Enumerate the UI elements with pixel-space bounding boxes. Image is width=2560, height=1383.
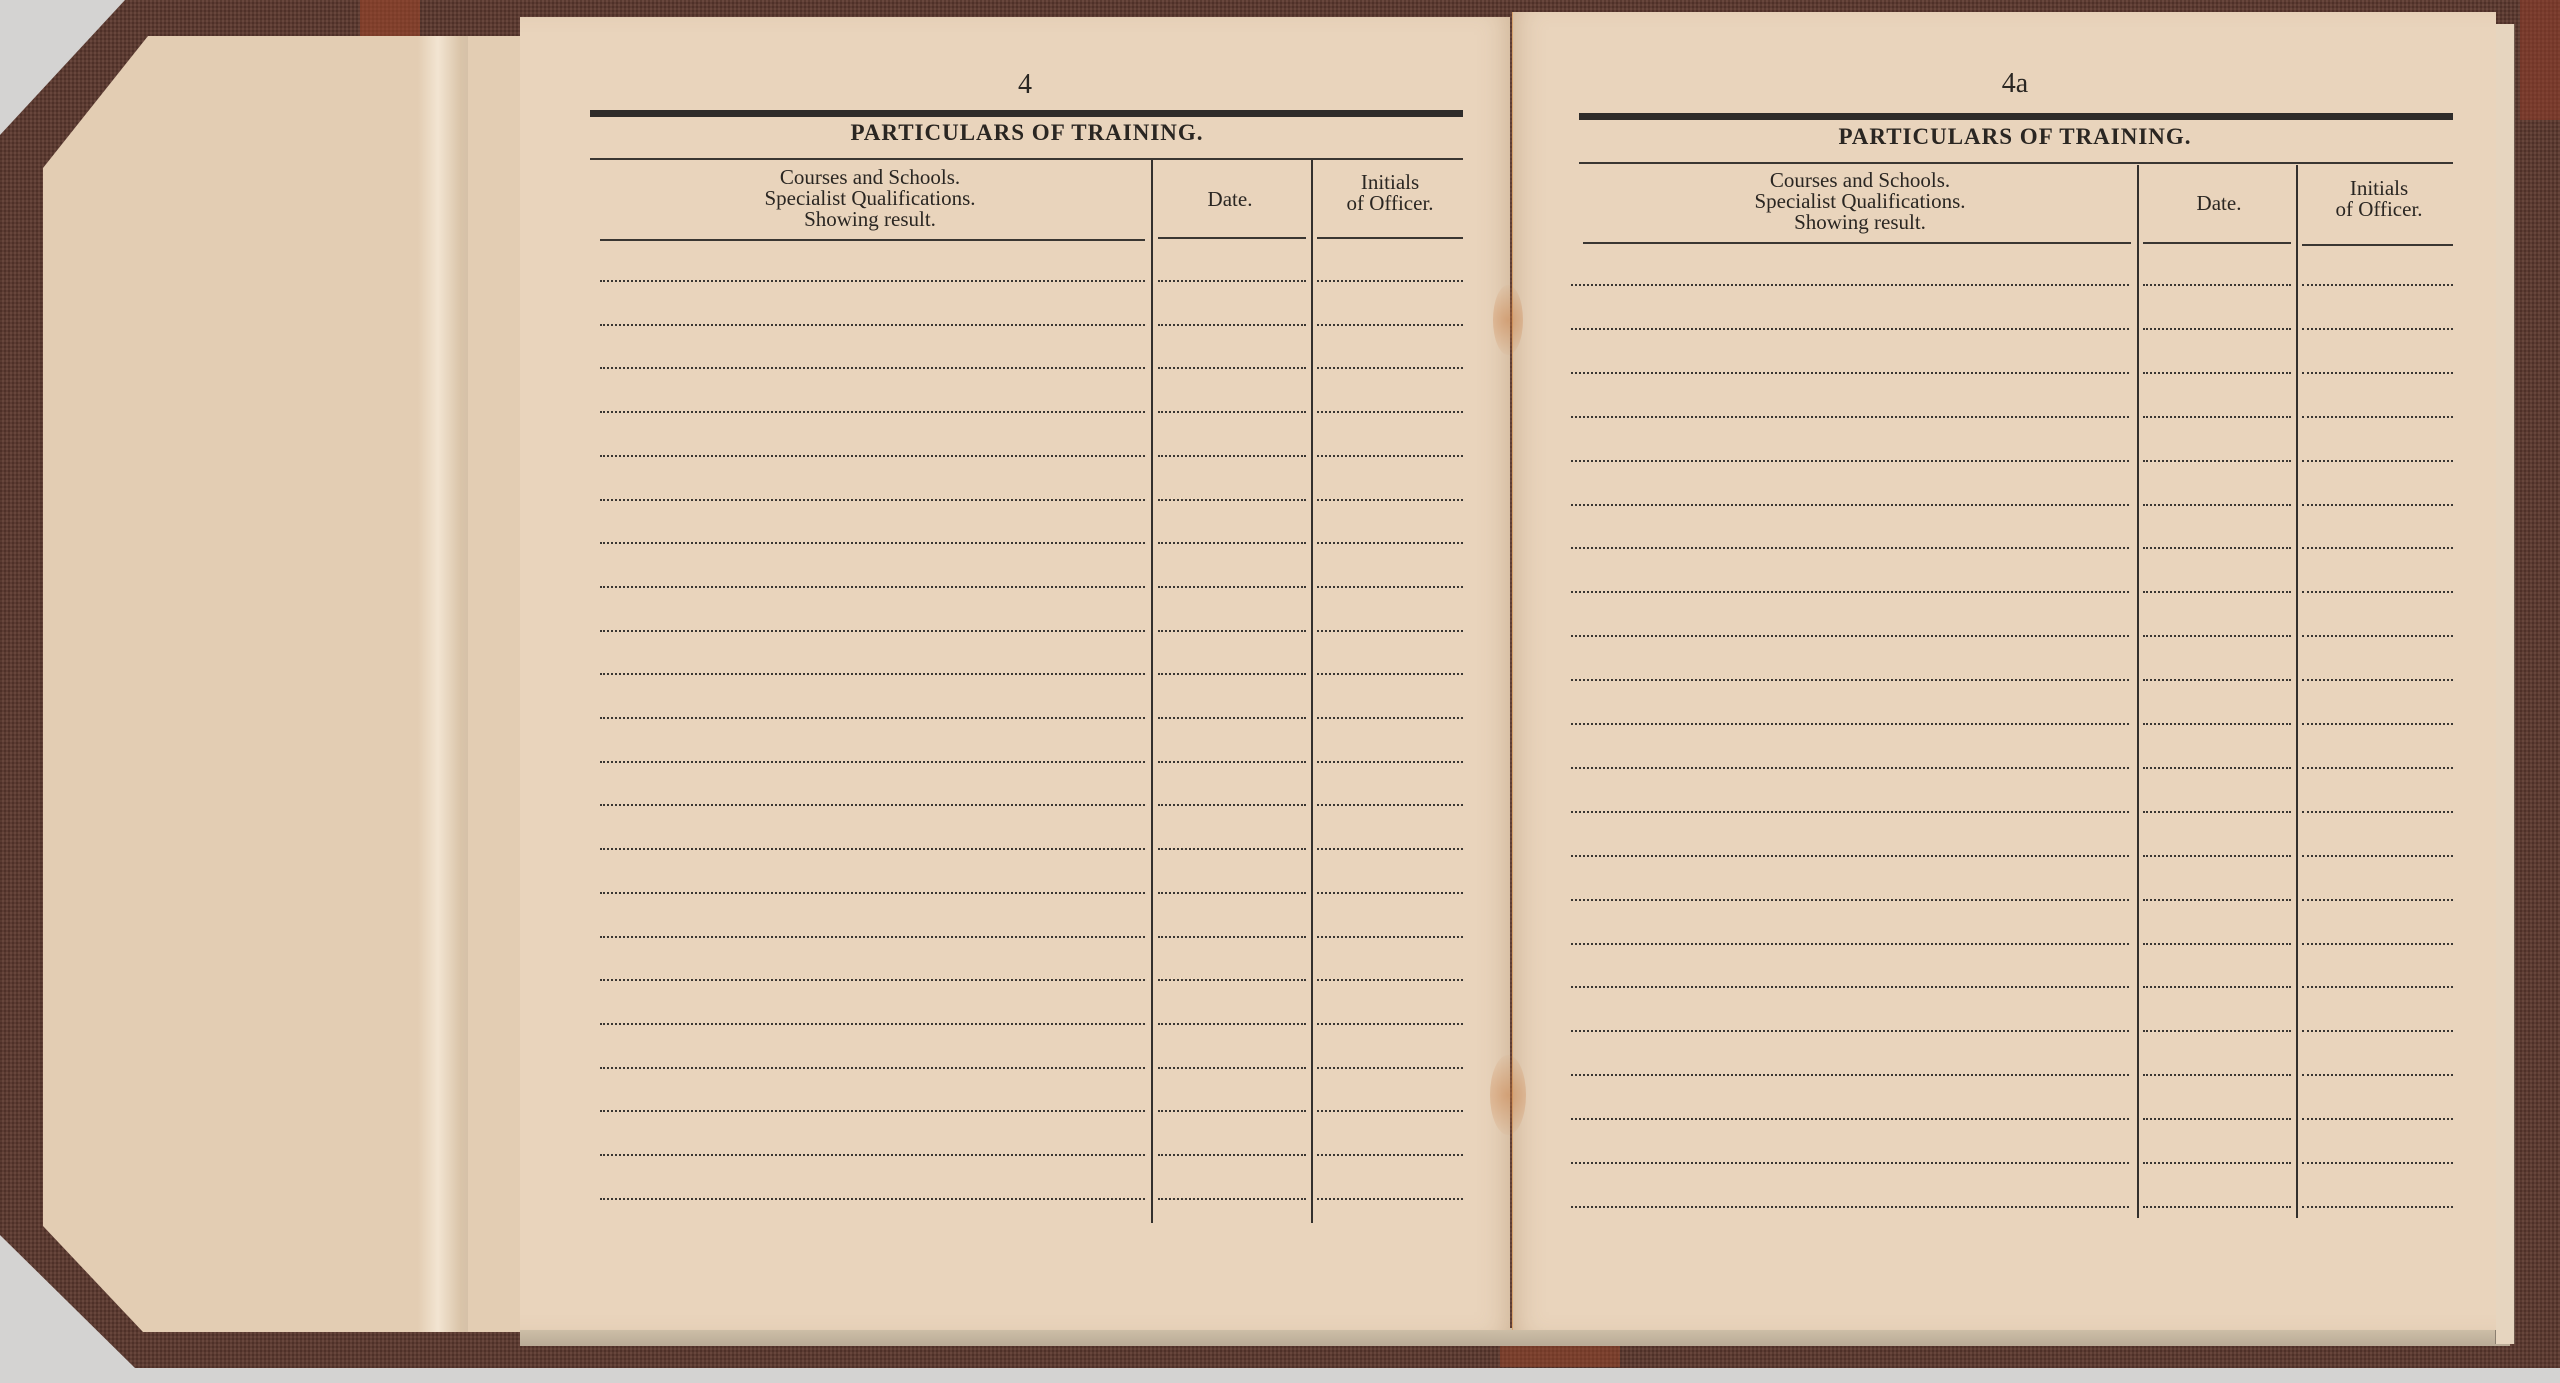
entry-row-line[interactable]: [600, 936, 1145, 938]
entry-row-line[interactable]: [1571, 1030, 2129, 1032]
entry-row-line[interactable]: [600, 1067, 1145, 1069]
entry-row-line[interactable]: [1158, 630, 1306, 632]
entry-row-line[interactable]: [2143, 855, 2291, 857]
entry-row-line[interactable]: [1158, 673, 1306, 675]
entry-row-line[interactable]: [1158, 1067, 1306, 1069]
header-underline: [2302, 244, 2453, 246]
entry-row-line[interactable]: [2302, 460, 2453, 462]
entry-row-line[interactable]: [1317, 280, 1463, 282]
entry-row-line[interactable]: [600, 630, 1145, 632]
entry-row-line[interactable]: [2302, 767, 2453, 769]
entry-row-line[interactable]: [600, 673, 1145, 675]
entry-row-line[interactable]: [1317, 673, 1463, 675]
spine-crease: [418, 36, 468, 1332]
entry-row-line[interactable]: [2143, 767, 2291, 769]
page-left: 4 PARTICULARS OF TRAINING. Courses and S…: [520, 17, 1510, 1330]
entry-row-line[interactable]: [1158, 892, 1306, 894]
entry-row-line[interactable]: [2143, 723, 2291, 725]
entry-row-line[interactable]: [2302, 416, 2453, 418]
entry-row-line[interactable]: [1571, 1206, 2129, 1208]
entry-row-line[interactable]: [2302, 1074, 2453, 1076]
entry-row-line[interactable]: [2143, 1162, 2291, 1164]
entry-row-line[interactable]: [1571, 679, 2129, 681]
entry-row-line[interactable]: [1158, 936, 1306, 938]
entry-row-line[interactable]: [1317, 979, 1463, 981]
page-number: 4a: [2002, 68, 2028, 100]
entry-row-line[interactable]: [600, 717, 1145, 719]
entry-row-line[interactable]: [1571, 899, 2129, 901]
header-underline: [600, 239, 1145, 241]
entry-row-line[interactable]: [1317, 367, 1463, 369]
column-header-courses: Courses and Schools. Specialist Qualific…: [764, 167, 975, 230]
entry-row-line[interactable]: [2143, 811, 2291, 813]
entry-row-line[interactable]: [1317, 324, 1463, 326]
entry-row-line[interactable]: [1158, 542, 1306, 544]
entry-row-line[interactable]: [1317, 411, 1463, 413]
entry-row-line[interactable]: [1317, 761, 1463, 763]
entry-row-line[interactable]: [1317, 804, 1463, 806]
entry-row-line[interactable]: [2302, 899, 2453, 901]
entry-row-line[interactable]: [1571, 1118, 2129, 1120]
entry-row-line[interactable]: [2302, 591, 2453, 593]
entry-row-line[interactable]: [1317, 455, 1463, 457]
entry-row-line[interactable]: [1158, 586, 1306, 588]
page-title: PARTICULARS OF TRAINING.: [850, 120, 1203, 146]
entry-row-line[interactable]: [600, 324, 1145, 326]
entry-row-line[interactable]: [2143, 635, 2291, 637]
entry-row-line[interactable]: [2143, 460, 2291, 462]
entry-row-line[interactable]: [600, 1023, 1145, 1025]
entry-row-line[interactable]: [1571, 811, 2129, 813]
column-header-initials: Initials of Officer.: [1346, 172, 1433, 214]
entry-row-line[interactable]: [2143, 416, 2291, 418]
foxing-stain: [1493, 285, 1523, 355]
entry-row-line[interactable]: [600, 542, 1145, 544]
entry-row-line[interactable]: [2143, 284, 2291, 286]
entry-row-line[interactable]: [1571, 328, 2129, 330]
page-stack-edge-right: [2495, 24, 2515, 1344]
entry-row-line[interactable]: [1158, 804, 1306, 806]
header-underline: [1583, 242, 2131, 244]
entry-row-line[interactable]: [1571, 372, 2129, 374]
column-header-courses: Courses and Schools. Specialist Qualific…: [1754, 170, 1965, 233]
entry-row-line[interactable]: [1571, 416, 2129, 418]
entry-row-line[interactable]: [1317, 1198, 1463, 1200]
title-rule-top: [1579, 113, 2453, 120]
entry-row-line[interactable]: [1317, 892, 1463, 894]
entry-row-line[interactable]: [1571, 855, 2129, 857]
entry-row-line[interactable]: [600, 804, 1145, 806]
entry-row-line[interactable]: [600, 848, 1145, 850]
entry-row-line[interactable]: [2143, 986, 2291, 988]
entry-row-line[interactable]: [1158, 455, 1306, 457]
entry-row-line[interactable]: [2302, 504, 2453, 506]
entry-row-line[interactable]: [1317, 848, 1463, 850]
cover-wear-mark: [2520, 0, 2560, 120]
entry-row-line[interactable]: [1317, 1023, 1463, 1025]
entry-row-line[interactable]: [1158, 848, 1306, 850]
entry-row-line[interactable]: [1571, 943, 2129, 945]
entry-row-line[interactable]: [1317, 1154, 1463, 1156]
column-divider: [2296, 165, 2298, 1218]
entry-row-line[interactable]: [2302, 635, 2453, 637]
entry-row-line[interactable]: [2143, 1118, 2291, 1120]
entry-row-line[interactable]: [1158, 979, 1306, 981]
entry-row-line[interactable]: [2143, 591, 2291, 593]
entry-row-line[interactable]: [600, 499, 1145, 501]
entry-row-line[interactable]: [600, 411, 1145, 413]
column-header-date: Date.: [1208, 189, 1253, 210]
title-rule-bottom: [1579, 162, 2453, 164]
entry-row-line[interactable]: [2143, 899, 2291, 901]
entry-row-line[interactable]: [2143, 547, 2291, 549]
entry-row-line[interactable]: [1571, 1074, 2129, 1076]
entry-row-line[interactable]: [600, 1198, 1145, 1200]
entry-row-line[interactable]: [2302, 1206, 2453, 1208]
column-divider: [1311, 160, 1313, 1223]
entry-row-line[interactable]: [600, 892, 1145, 894]
entry-row-line[interactable]: [600, 455, 1145, 457]
entry-row-line[interactable]: [2302, 811, 2453, 813]
header-underline: [1317, 237, 1463, 239]
entry-row-line[interactable]: [2302, 547, 2453, 549]
entry-row-line[interactable]: [600, 367, 1145, 369]
entry-row-line[interactable]: [2143, 504, 2291, 506]
entry-row-line[interactable]: [2143, 679, 2291, 681]
title-rule-bottom: [590, 158, 1463, 160]
page-number: 4: [1018, 69, 1032, 101]
column-divider: [2137, 165, 2139, 1218]
entry-row-line[interactable]: [2302, 1030, 2453, 1032]
entry-row-line[interactable]: [2302, 855, 2453, 857]
entry-row-line[interactable]: [1158, 367, 1306, 369]
entry-row-line[interactable]: [600, 586, 1145, 588]
entry-row-line[interactable]: [2143, 328, 2291, 330]
entry-row-line[interactable]: [600, 761, 1145, 763]
entry-row-line[interactable]: [2302, 328, 2453, 330]
entry-row-line[interactable]: [1571, 767, 2129, 769]
column-header-date: Date.: [2197, 193, 2242, 214]
entry-row-line[interactable]: [600, 979, 1145, 981]
entry-row-line[interactable]: [600, 280, 1145, 282]
entry-row-line[interactable]: [1571, 504, 2129, 506]
entry-row-line[interactable]: [1571, 723, 2129, 725]
entry-row-line[interactable]: [1158, 1023, 1306, 1025]
entry-row-line[interactable]: [2302, 723, 2453, 725]
foxing-stain: [1490, 1055, 1526, 1135]
entry-row-line[interactable]: [2143, 943, 2291, 945]
entry-row-line[interactable]: [1571, 547, 2129, 549]
entry-row-line[interactable]: [2143, 1030, 2291, 1032]
entry-row-line[interactable]: [1317, 936, 1463, 938]
entry-row-line[interactable]: [2302, 1162, 2453, 1164]
inside-cover-endpaper: [43, 36, 543, 1332]
entry-row-line[interactable]: [1158, 411, 1306, 413]
page-stack-edge: [520, 1328, 2510, 1346]
column-header-initials: Initials of Officer.: [2335, 178, 2422, 220]
entry-row-line[interactable]: [1158, 1110, 1306, 1112]
entry-row-line[interactable]: [1317, 630, 1463, 632]
entry-row-line[interactable]: [1571, 986, 2129, 988]
entry-row-line[interactable]: [2302, 943, 2453, 945]
entry-row-line[interactable]: [2302, 284, 2453, 286]
entry-row-line[interactable]: [2302, 679, 2453, 681]
entry-row-line[interactable]: [1158, 280, 1306, 282]
entry-row-line[interactable]: [1571, 284, 2129, 286]
page-right: 4a PARTICULARS OF TRAINING. Courses and …: [1512, 12, 2496, 1330]
entry-row-line[interactable]: [1158, 324, 1306, 326]
column-divider: [1151, 160, 1153, 1223]
entry-row-line[interactable]: [2143, 1206, 2291, 1208]
entry-row-line[interactable]: [1317, 1110, 1463, 1112]
entry-row-line[interactable]: [1317, 586, 1463, 588]
entry-row-line[interactable]: [1571, 460, 2129, 462]
entry-row-line[interactable]: [1571, 635, 2129, 637]
entry-row-line[interactable]: [1158, 499, 1306, 501]
header-underline: [1158, 237, 1306, 239]
page-title: PARTICULARS OF TRAINING.: [1838, 124, 2191, 150]
entry-row-line[interactable]: [1317, 1067, 1463, 1069]
entry-row-line[interactable]: [2143, 1074, 2291, 1076]
entry-row-line[interactable]: [2302, 1118, 2453, 1120]
entry-row-line[interactable]: [1571, 591, 2129, 593]
entry-row-line[interactable]: [2302, 986, 2453, 988]
entry-row-line[interactable]: [2302, 372, 2453, 374]
entry-row-line[interactable]: [600, 1110, 1145, 1112]
title-rule-top: [590, 110, 1463, 117]
entry-row-line[interactable]: [1158, 717, 1306, 719]
entry-row-line[interactable]: [1158, 1154, 1306, 1156]
entry-row-line[interactable]: [1317, 499, 1463, 501]
cover-wear-mark: [360, 0, 420, 40]
header-underline: [2143, 242, 2291, 244]
cover-wear-mark: [1500, 1345, 1620, 1367]
entry-row-line[interactable]: [1158, 1198, 1306, 1200]
entry-row-line[interactable]: [1158, 761, 1306, 763]
entry-row-line[interactable]: [1571, 1162, 2129, 1164]
entry-row-line[interactable]: [600, 1154, 1145, 1156]
entry-row-line[interactable]: [1317, 717, 1463, 719]
entry-row-line[interactable]: [1317, 542, 1463, 544]
entry-row-line[interactable]: [2143, 372, 2291, 374]
